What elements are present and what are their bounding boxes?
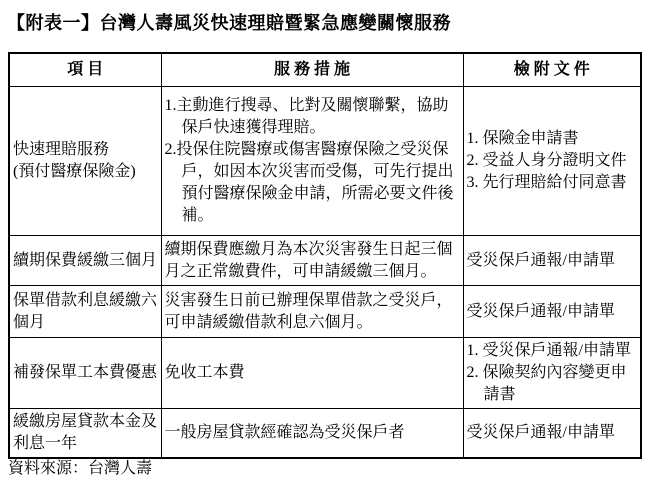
documents-cell: 1. 保險金申請書2. 受益人身分證明文件3. 先行理賠給付同意書 xyxy=(463,87,641,236)
cell-line: 災害發生日前已辦理保單借款之受災戶，可申請緩繳借款利息六個月。 xyxy=(165,290,460,334)
cell-line: 補發保單工本費優惠 xyxy=(13,362,158,384)
cell-line: 2.投保住院醫療或傷害醫療保險之受災保戶，如因本次災害而受傷，可先行提出預付醫療… xyxy=(165,139,460,227)
cell-line: 保單借款利息緩繳六個月 xyxy=(13,290,158,334)
documents-cell: 1. 受災保戶通報/申請單2. 保險契約內容變更申請書 xyxy=(463,338,641,409)
cell-line: 受災保戶通報/申請單 xyxy=(467,301,638,323)
header-documents: 檢 附 文 件 xyxy=(463,53,641,87)
cell-line: 續期保費應繳月為本次災害發生日起三個月之正常繳費件，可申請緩繳三個月。 xyxy=(165,239,460,283)
documents-cell: 受災保戶通報/申請單 xyxy=(463,286,641,338)
table-row: 緩繳房屋貸款本金及利息一年一般房屋貸款經確認為受災保戶者受災保戶通報/申請單 xyxy=(9,409,641,459)
cell-line: 1. 保險金申請書 xyxy=(467,128,638,150)
item-cell: 緩繳房屋貸款本金及利息一年 xyxy=(9,409,161,459)
cell-line: 快速理賠服務 xyxy=(13,139,158,161)
cell-line: 1. 受災保戶通報/申請單 xyxy=(467,340,638,362)
page-title: 【附表一】台灣人壽風災快速理賠暨緊急應變關懷服務 xyxy=(7,9,451,35)
source-note: 資料來源：台灣人壽 xyxy=(8,455,152,478)
cell-line: 緩繳房屋貸款本金及利息一年 xyxy=(13,411,158,455)
cell-line: 2. 保險契約內容變更申請書 xyxy=(467,362,638,406)
documents-cell: 受災保戶通報/申請單 xyxy=(463,236,641,286)
cell-line: 受災保戶通報/申請單 xyxy=(467,422,638,444)
table-row: 保單借款利息緩繳六個月災害發生日前已辦理保單借款之受災戶，可申請緩繳借款利息六個… xyxy=(9,286,641,338)
measures-cell: 災害發生日前已辦理保單借款之受災戶，可申請緩繳借款利息六個月。 xyxy=(161,286,463,338)
measures-cell: 續期保費應繳月為本次災害發生日起三個月之正常繳費件，可申請緩繳三個月。 xyxy=(161,236,463,286)
measures-cell: 1.主動進行搜尋、比對及關懷聯繫，協助保戶快速獲得理賠。2.投保住院醫療或傷害醫… xyxy=(161,87,463,236)
item-cell: 續期保費緩繳三個月 xyxy=(9,236,161,286)
measures-cell: 免收工本費 xyxy=(161,338,463,409)
table-row: 續期保費緩繳三個月續期保費應繳月為本次災害發生日起三個月之正常繳費件，可申請緩繳… xyxy=(9,236,641,286)
table-row: 補發保單工本費優惠免收工本費1. 受災保戶通報/申請單2. 保險契約內容變更申請… xyxy=(9,338,641,409)
cell-line: 3. 先行理賠給付同意書 xyxy=(467,172,638,194)
table-row: 快速理賠服務(預付醫療保險金)1.主動進行搜尋、比對及關懷聯繫，協助保戶快速獲得… xyxy=(9,87,641,236)
service-table: 項 目 服 務 措 施 檢 附 文 件 快速理賠服務(預付醫療保險金)1.主動進… xyxy=(8,52,642,459)
cell-line: 受災保戶通報/申請單 xyxy=(467,250,638,272)
item-cell: 保單借款利息緩繳六個月 xyxy=(9,286,161,338)
measures-cell: 一般房屋貸款經確認為受災保戶者 xyxy=(161,409,463,459)
cell-line: 一般房屋貸款經確認為受災保戶者 xyxy=(165,422,460,444)
header-measures: 服 務 措 施 xyxy=(161,53,463,87)
header-item: 項 目 xyxy=(9,53,161,87)
cell-line: 免收工本費 xyxy=(165,362,460,384)
item-cell: 快速理賠服務(預付醫療保險金) xyxy=(9,87,161,236)
cell-line: 1.主動進行搜尋、比對及關懷聯繫，協助保戶快速獲得理賠。 xyxy=(165,95,460,139)
cell-line: (預付醫療保險金) xyxy=(13,161,158,183)
item-cell: 補發保單工本費優惠 xyxy=(9,338,161,409)
document-page: 【附表一】台灣人壽風災快速理賠暨緊急應變關懷服務 項 目 服 務 措 施 檢 附… xyxy=(0,0,655,489)
table-body: 快速理賠服務(預付醫療保險金)1.主動進行搜尋、比對及關懷聯繫，協助保戶快速獲得… xyxy=(9,87,641,459)
cell-line: 續期保費緩繳三個月 xyxy=(13,250,158,272)
documents-cell: 受災保戶通報/申請單 xyxy=(463,409,641,459)
cell-line: 2. 受益人身分證明文件 xyxy=(467,150,638,172)
table-header-row: 項 目 服 務 措 施 檢 附 文 件 xyxy=(9,53,641,87)
